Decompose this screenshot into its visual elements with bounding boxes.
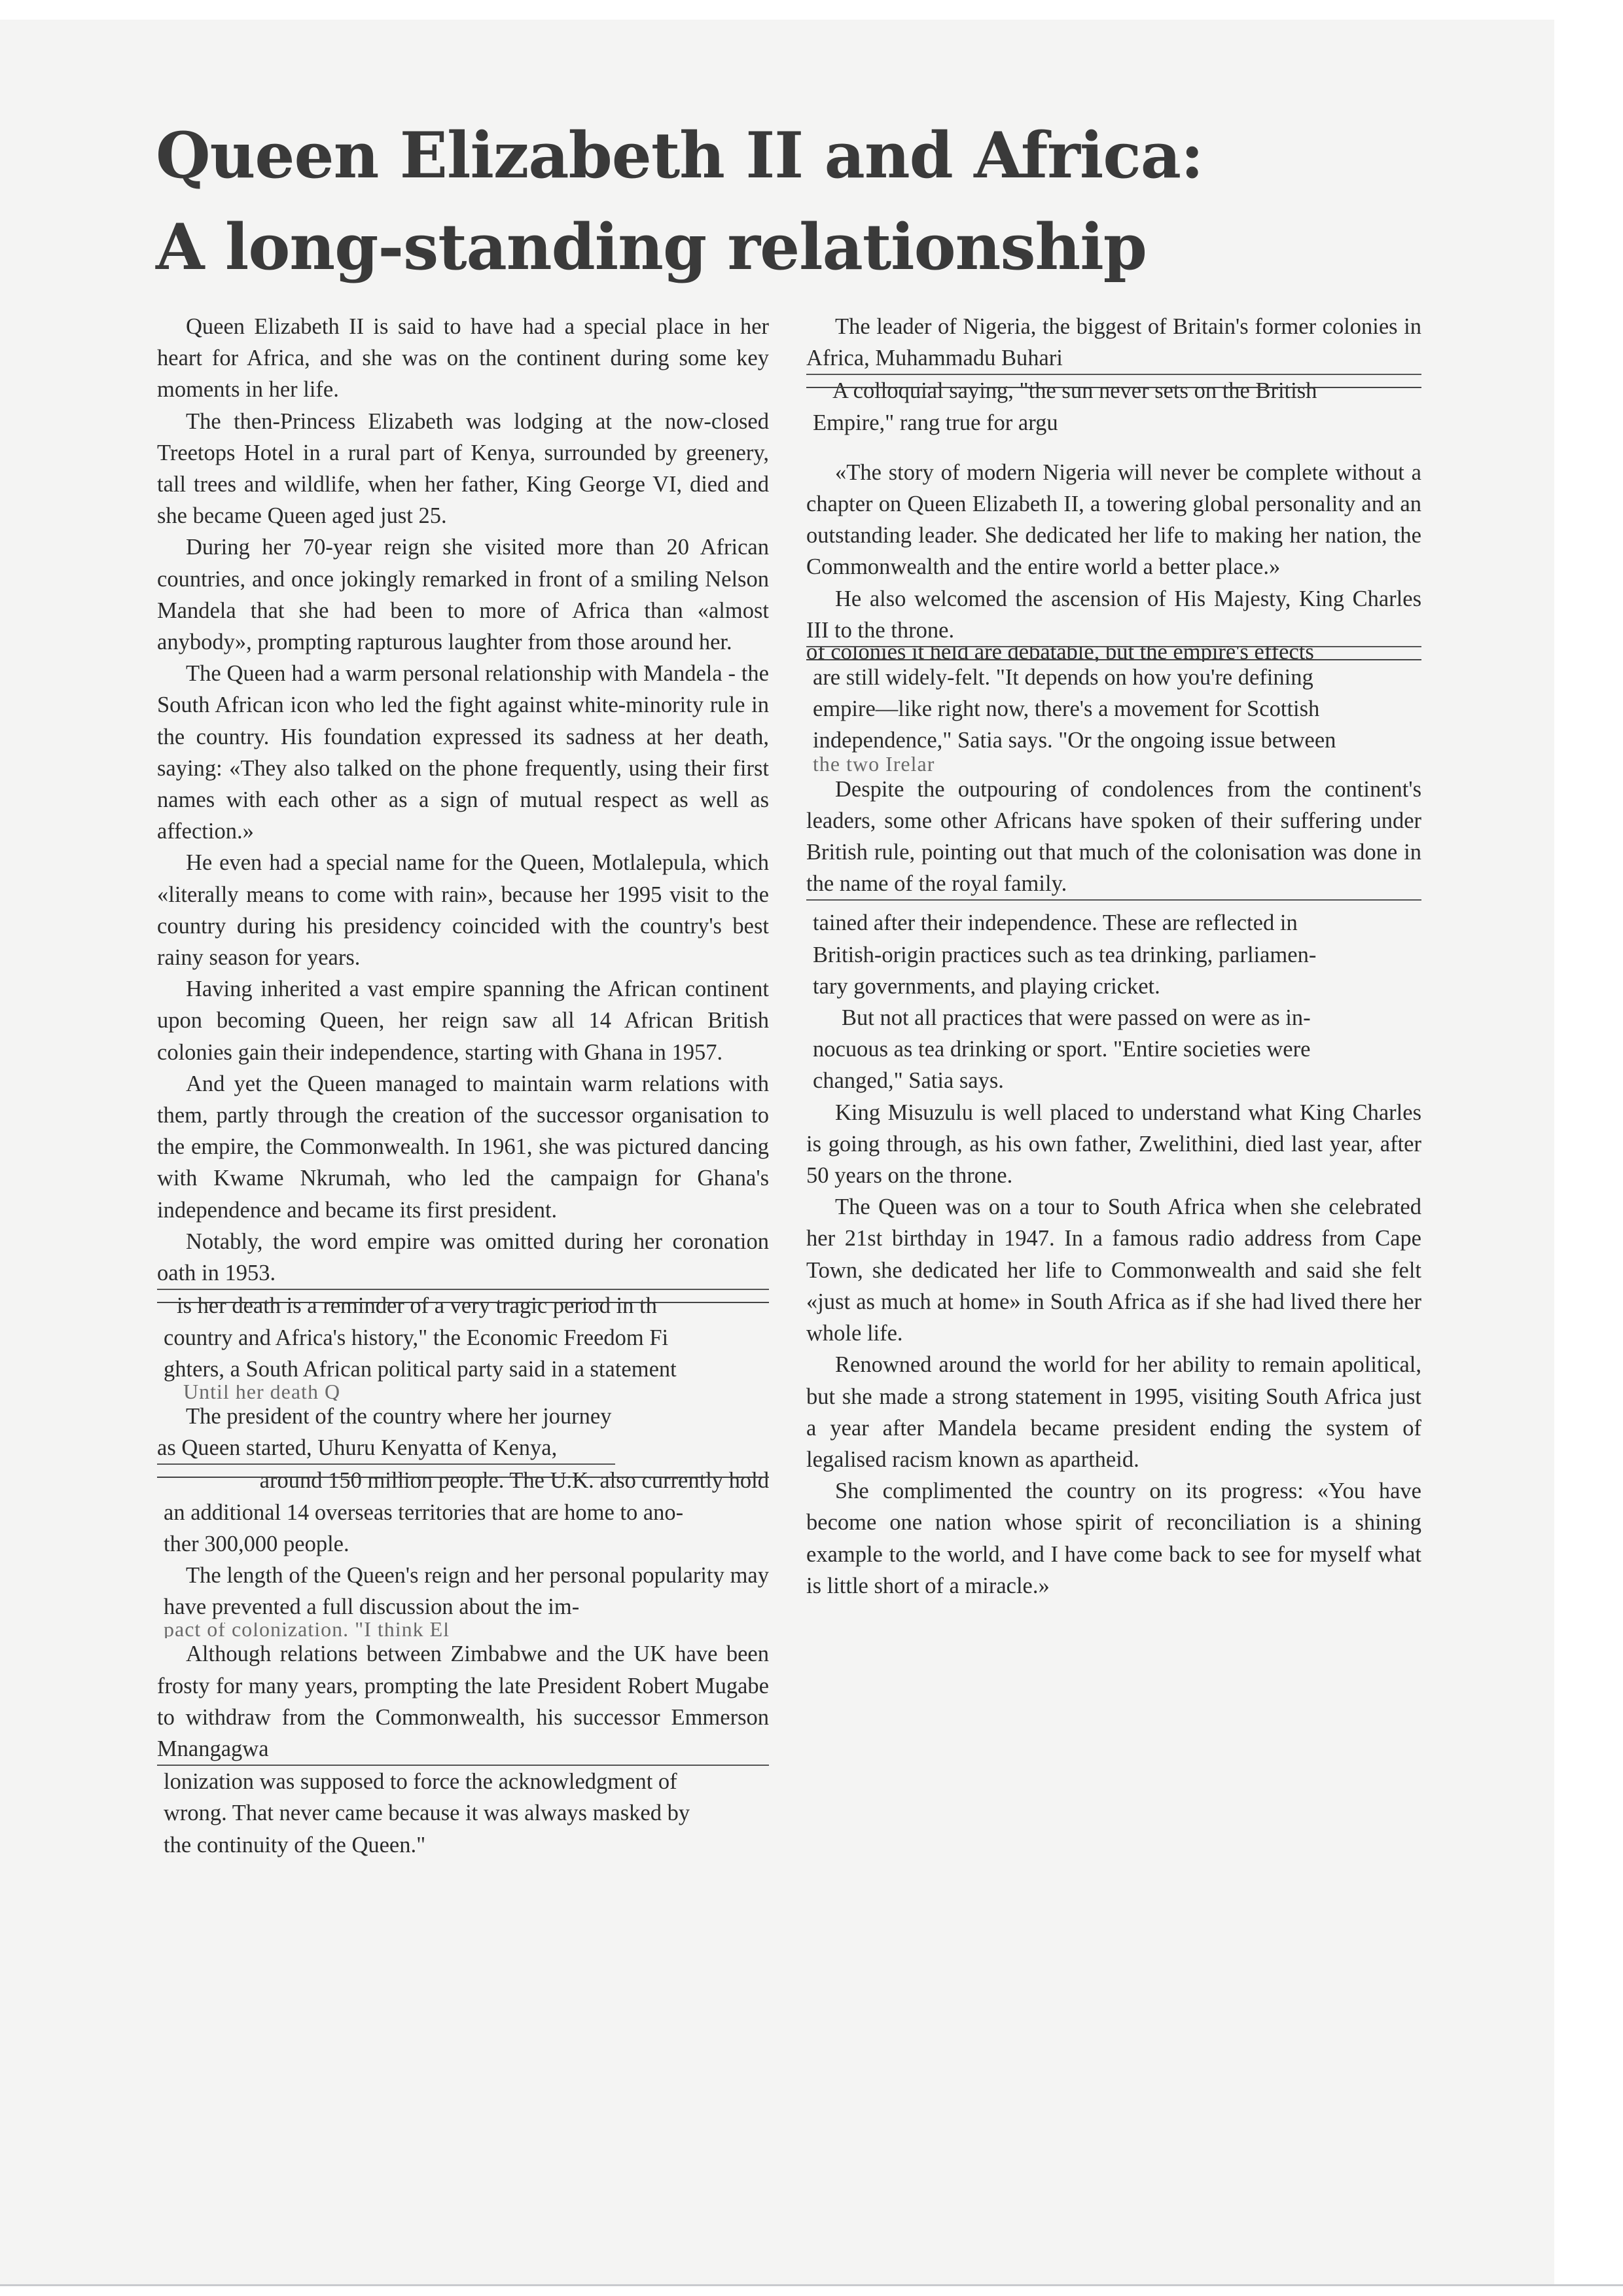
- paragraph: The president of the country where her j…: [157, 1401, 615, 1465]
- page-edge: [0, 2284, 1623, 2286]
- paragraph: The Queen had a warm personal relationsh…: [157, 658, 769, 847]
- right-column: The leader of Nigeria, the biggest of Br…: [806, 311, 1421, 1602]
- pasted-fragment-cut: the two Irelar: [806, 757, 1421, 774]
- paragraph: King Misuzulu is well placed to understa…: [806, 1097, 1421, 1192]
- pasted-fragment: ghters, a South African political party …: [157, 1354, 769, 1385]
- paragraph: The then-Princess Elizabeth was lodging …: [157, 406, 769, 532]
- pasted-fragment: lonization was supposed to force the ack…: [157, 1766, 769, 1797]
- pasted-fragment: independence," Satia says. "Or the ongoi…: [806, 725, 1421, 756]
- pasted-fragment: empire—like right now, there's a movemen…: [806, 693, 1421, 725]
- pasted-fragment: an additional 14 overseas territories th…: [157, 1497, 769, 1528]
- pasted-fragment: nocuous as tea drinking or sport. "Entir…: [806, 1033, 1421, 1065]
- paragraph: Notably, the word empire was omitted dur…: [157, 1226, 769, 1289]
- pasted-fragment: Empire," rang true for argu: [806, 407, 1421, 439]
- paragraph: He even had a special name for the Queen…: [157, 847, 769, 973]
- pasted-fragment: British-origin practices such as tea dri…: [806, 939, 1421, 971]
- pasted-fragment: tained after their independence. These a…: [806, 901, 1421, 939]
- pasted-fragment-cut: Until her death Q: [157, 1385, 769, 1401]
- paragraph: «The story of modern Nigeria will never …: [806, 457, 1421, 583]
- pasted-fragment-cut: pact of colonization. "I think El: [157, 1623, 769, 1638]
- pasted-fragment: tary governments, and playing cricket.: [806, 971, 1421, 1002]
- pasted-fragment: But not all practices that were passed o…: [806, 1002, 1421, 1033]
- headline: Queen Elizabeth II and Africa: A long-st…: [156, 110, 1334, 293]
- pasted-fragment: around 150 million people. The U.K. also…: [157, 1465, 769, 1496]
- left-column: Queen Elizabeth II is said to have had a…: [157, 311, 769, 1861]
- pasted-fragment: wrong. That never came because it was al…: [157, 1797, 769, 1829]
- paragraph: He also welcomed the ascension of His Ma…: [806, 583, 1421, 646]
- paragraph: The Queen was on a tour to South Africa …: [806, 1191, 1421, 1349]
- cut-gap: [806, 439, 1421, 457]
- paragraph: The leader of Nigeria, the biggest of Br…: [806, 311, 1421, 375]
- pasted-fragment: A colloquial saying, "the sun never sets…: [806, 375, 1421, 406]
- pasted-fragment: the continuity of the Queen.": [157, 1829, 769, 1861]
- headline-line-2: A long-standing relationship: [156, 202, 1334, 293]
- paragraph: Renowned around the world for her abilit…: [806, 1349, 1421, 1475]
- paragraph: The length of the Queen's reign and her …: [157, 1560, 769, 1623]
- headline-line-1: Queen Elizabeth II and Africa:: [156, 110, 1334, 202]
- pasted-fragment-cut: of colonies it held are debatable, but t…: [806, 646, 1421, 662]
- pasted-fragment: country and Africa's history," the Econo…: [157, 1322, 769, 1354]
- pasted-fragment: changed," Satia says.: [806, 1065, 1421, 1096]
- paragraph: She complimented the country on its prog…: [806, 1475, 1421, 1602]
- pasted-fragment: ther 300,000 people.: [157, 1528, 769, 1560]
- paragraph: Despite the outpouring of condolences fr…: [806, 774, 1421, 901]
- paragraph: Having inherited a vast empire spanning …: [157, 973, 769, 1068]
- paragraph: Queen Elizabeth II is said to have had a…: [157, 311, 769, 406]
- paragraph: Although relations between Zimbabwe and …: [157, 1638, 769, 1766]
- pasted-fragment: is her death is a reminder of a very tra…: [157, 1289, 769, 1321]
- paragraph: During her 70-year reign she visited mor…: [157, 531, 769, 658]
- paragraph: And yet the Queen managed to maintain wa…: [157, 1068, 769, 1226]
- pasted-fragment: are still widely-felt. "It depends on ho…: [806, 662, 1421, 693]
